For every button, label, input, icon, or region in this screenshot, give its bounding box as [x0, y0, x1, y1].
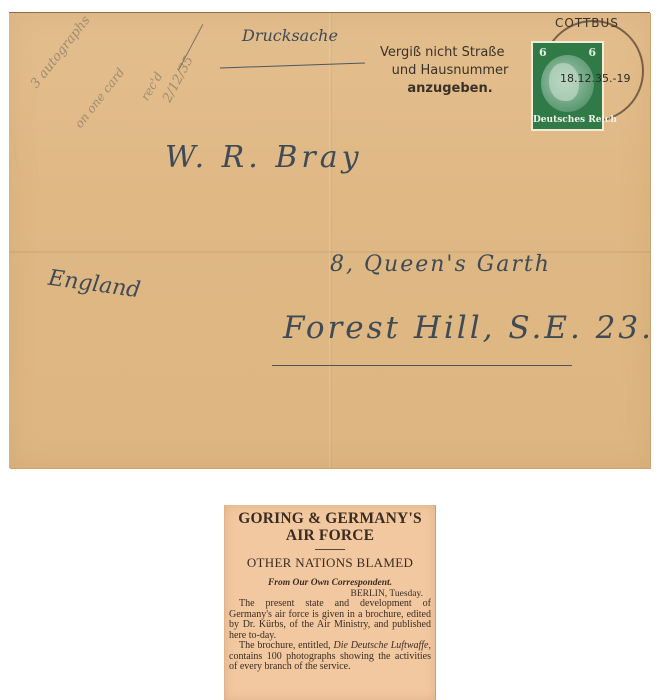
- postage-stamp: 6 6 Deutsches Reich: [531, 41, 604, 131]
- envelope-fold-vertical: [329, 13, 332, 468]
- p2-suffix: contains 100 photographs showing the act…: [229, 651, 431, 673]
- newspaper-clipping: GORING & GERMANY'S AIR FORCE OTHER NATIO…: [224, 505, 436, 700]
- clipping-paragraph-2: The brochure, entitled, Die Deutsche Luf…: [229, 641, 431, 673]
- clipping-body: The present state and development of Ger…: [225, 599, 435, 673]
- clipping-rule: [315, 549, 345, 550]
- clipping-headline: GORING & GERMANY'S AIR FORCE: [225, 510, 435, 544]
- address-line1: 8, Queen's Garth: [330, 252, 551, 277]
- stamp-value-left: 6: [539, 46, 547, 59]
- slogan-line3: anzugeben.: [375, 80, 525, 98]
- p2-title: Die Deutsche Luftwaffe,: [333, 640, 431, 651]
- stamp-value-right: 6: [588, 46, 596, 59]
- slogan-line1: Vergiß nicht Straße: [380, 44, 525, 62]
- drucksache-notation: Drucksache: [242, 26, 338, 45]
- slogan-line2: und Hausnummer: [375, 62, 525, 80]
- clipping-byline: From Our Own Correspondent.: [225, 578, 435, 588]
- postmark-date: 18.12.35.-19: [560, 72, 630, 85]
- stamp-label: Deutsches Reich: [533, 115, 602, 125]
- p2-prefix: The brochure, entitled,: [239, 640, 333, 651]
- clipping-subheadline: OTHER NATIONS BLAMED: [225, 555, 435, 571]
- address-line2: Forest Hill, S.E. 23.: [283, 310, 654, 346]
- clipping-paragraph-1: The present state and development of Ger…: [229, 599, 431, 641]
- stamp-face: 6 6 Deutsches Reich: [533, 43, 602, 129]
- slogan-cancel: Vergiß nicht Straße und Hausnummer anzug…: [375, 44, 525, 98]
- addressee-name: W. R. Bray: [165, 140, 363, 175]
- address-underline: [272, 365, 572, 366]
- postmark-city: COTTBUS: [555, 16, 619, 30]
